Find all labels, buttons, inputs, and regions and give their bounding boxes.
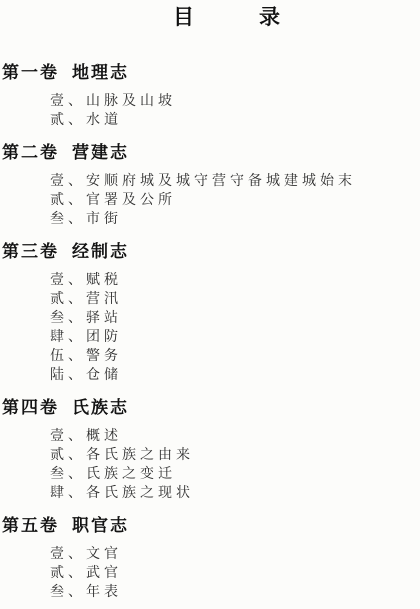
volume-number: 第一卷 — [2, 64, 59, 81]
toc-item: 贰、武官 — [50, 564, 420, 583]
volume-heading: 第二卷 营建志 — [2, 144, 420, 161]
item-list: 壹、山脉及山坡 贰、水道 — [50, 92, 420, 130]
toc-item: 叁、市街 — [50, 210, 420, 229]
toc-item: 肆、各氏族之现状 — [50, 484, 420, 503]
volume-heading: 第三卷 经制志 — [2, 243, 420, 260]
item-list: 壹、文官 贰、武官 叁、年表 — [50, 545, 420, 602]
toc-item: 壹、赋税 — [50, 271, 420, 290]
item-list: 壹、赋税 贰、营汛 叁、驿站 肆、团防 伍、警务 陆、仓储 — [50, 271, 420, 385]
volume-section-3: 第三卷 经制志 壹、赋税 贰、营汛 叁、驿站 肆、团防 伍、警务 陆、仓储 — [0, 243, 420, 385]
toc-item: 陆、仓储 — [50, 366, 420, 385]
volume-heading: 第四卷 氏族志 — [2, 399, 420, 416]
volume-section-2: 第二卷 营建志 壹、安顺府城及城守营守备城建城始末 贰、官署及公所 叁、市街 — [0, 144, 420, 229]
toc-page: 目 录 第一卷 地理志 壹、山脉及山坡 贰、水道 第二卷 营建志 壹、安顺府城及… — [0, 0, 420, 609]
toc-item: 壹、概述 — [50, 427, 420, 446]
title-char-mu: 目 — [173, 6, 195, 30]
volume-name: 营建志 — [72, 144, 129, 161]
toc-item: 肆、团防 — [50, 328, 420, 347]
volume-name: 经制志 — [72, 243, 129, 260]
toc-item: 伍、警务 — [50, 347, 420, 366]
title-char-lu: 录 — [259, 6, 281, 30]
volume-section-5: 第五卷 职官志 壹、文官 贰、武官 叁、年表 — [0, 517, 420, 602]
volume-name: 地理志 — [72, 64, 129, 81]
toc-item: 壹、山脉及山坡 — [50, 92, 420, 111]
toc-item: 壹、安顺府城及城守营守备城建城始末 — [50, 172, 420, 191]
toc-item: 叁、驿站 — [50, 309, 420, 328]
item-list: 壹、安顺府城及城守营守备城建城始末 贰、官署及公所 叁、市街 — [50, 172, 420, 229]
toc-item: 贰、官署及公所 — [50, 191, 420, 210]
item-list: 壹、概述 贰、各氏族之由来 叁、氏族之变迁 肆、各氏族之现状 — [50, 427, 420, 503]
volume-number: 第四卷 — [2, 399, 59, 416]
page-title: 目 录 — [0, 6, 420, 30]
toc-item: 贰、各氏族之由来 — [50, 446, 420, 465]
toc-item: 贰、水道 — [50, 111, 420, 130]
volume-name: 氏族志 — [72, 399, 129, 416]
volume-section-1: 第一卷 地理志 壹、山脉及山坡 贰、水道 — [0, 64, 420, 130]
volume-heading: 第一卷 地理志 — [2, 64, 420, 81]
volume-number: 第五卷 — [2, 517, 59, 534]
volume-heading: 第五卷 职官志 — [2, 517, 420, 534]
volume-name: 职官志 — [72, 517, 129, 534]
toc-item: 贰、营汛 — [50, 290, 420, 309]
volume-section-4: 第四卷 氏族志 壹、概述 贰、各氏族之由来 叁、氏族之变迁 肆、各氏族之现状 — [0, 399, 420, 503]
toc-item: 叁、氏族之变迁 — [50, 465, 420, 484]
toc-item: 叁、年表 — [50, 583, 420, 602]
toc-item: 壹、文官 — [50, 545, 420, 564]
volume-number: 第二卷 — [2, 144, 59, 161]
volume-number: 第三卷 — [2, 243, 59, 260]
